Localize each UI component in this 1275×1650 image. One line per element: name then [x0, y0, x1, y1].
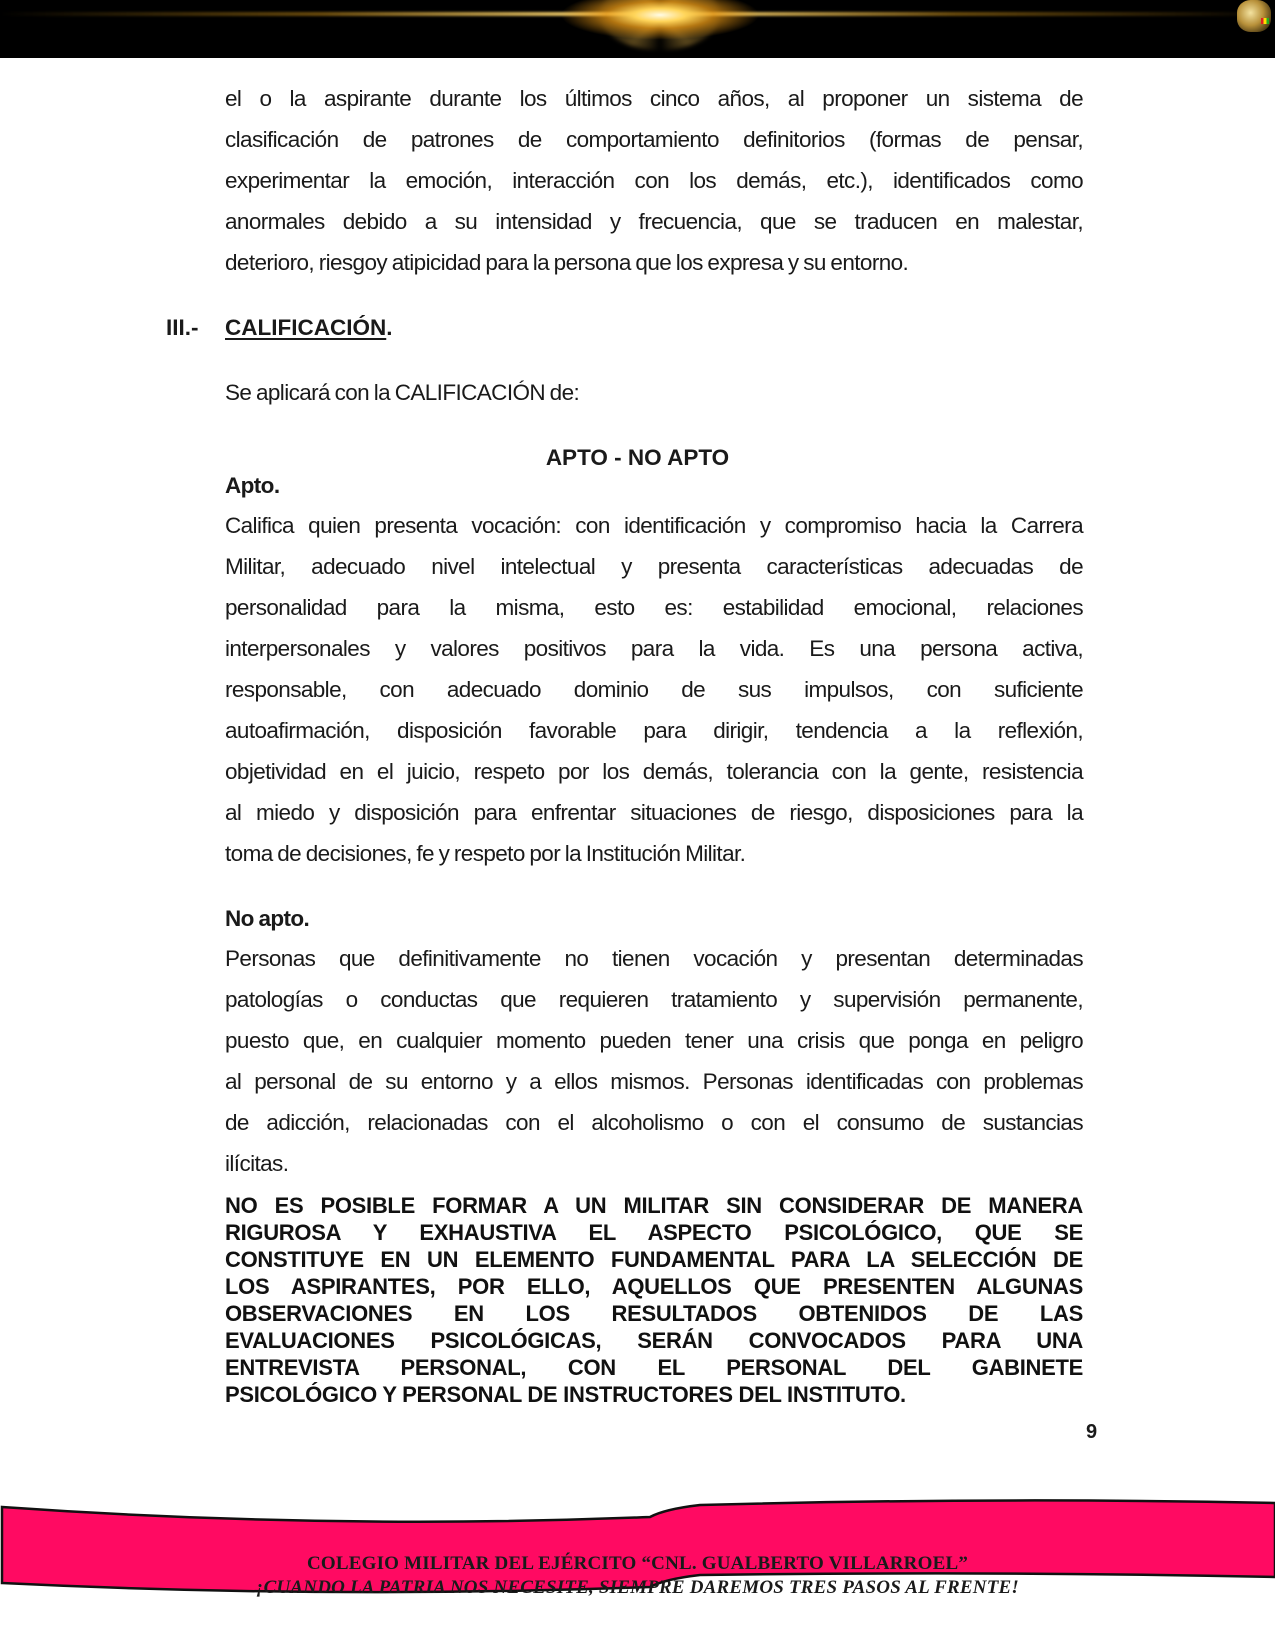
- paragraph-line: objetividad en el juicio, respeto por lo…: [225, 759, 1083, 787]
- paragraph-line: anormales debido a su intensidad y frecu…: [225, 209, 1083, 237]
- paragraph-line: personalidad para la misma, esto es: est…: [225, 595, 1083, 623]
- notice-line: RIGUROSA Y EXHAUSTIVA EL ASPECTO PSICOLÓ…: [225, 1220, 1083, 1246]
- notice-line: LOS ASPIRANTES, POR ELLO, AQUELLOS QUE P…: [225, 1274, 1083, 1300]
- paragraph-line: clasificación de patrones de comportamie…: [225, 127, 1083, 155]
- paragraph-line: Califica quien presenta vocación: con id…: [225, 513, 1083, 541]
- grading-intro-text: Se aplicará con la CALIFICACIÓN de:: [225, 380, 1083, 408]
- notice-line: EVALUACIONES PSICOLÓGICAS, SERÁN CONVOCA…: [225, 1328, 1083, 1354]
- paragraph-line: autoafirmación, disposición favorable pa…: [225, 718, 1083, 746]
- military-emblem-icon: [1237, 0, 1271, 32]
- footer-institution: COLEGIO MILITAR DEL EJÉRCITO “CNL. GUALB…: [0, 1553, 1275, 1575]
- flag-icon: [1261, 18, 1269, 24]
- paragraph-line: puesto que, en cualquier momento pueden …: [225, 1028, 1083, 1056]
- paragraph-line: Personas que definitivamente no tienen v…: [225, 946, 1083, 974]
- notice-line: ENTREVISTA PERSONAL, CON EL PERSONAL DEL…: [225, 1355, 1083, 1381]
- section-number: III.-: [166, 315, 199, 341]
- notice-line: PSICOLÓGICO Y PERSONAL DE INSTRUCTORES D…: [225, 1382, 1083, 1408]
- paragraph-line: Militar, adecuado nivel intelectual y pr…: [225, 554, 1083, 582]
- paragraph-line: deterioro, riesgoy atipicidad para la pe…: [225, 250, 1083, 278]
- paragraph-line: experimentar la emoción, interacción con…: [225, 168, 1083, 196]
- apto-heading: Apto.: [225, 473, 1083, 501]
- notice-line: NO ES POSIBLE FORMAR A UN MILITAR SIN CO…: [225, 1193, 1083, 1219]
- paragraph-line: interpersonales y valores positivos para…: [225, 636, 1083, 664]
- header-banner: [0, 0, 1275, 58]
- notice-line: CONSTITUYE EN UN ELEMENTO FUNDAMENTAL PA…: [225, 1247, 1083, 1273]
- paragraph-line: responsable, con adecuado dominio de sus…: [225, 677, 1083, 705]
- paragraph-line: de adicción, relacionadas con el alcohol…: [225, 1110, 1083, 1138]
- notice-line: OBSERVACIONES EN LOS RESULTADOS OBTENIDO…: [225, 1301, 1083, 1327]
- paragraph-line: patologías o conductas que requieren tra…: [225, 987, 1083, 1015]
- paragraph-line: al miedo y disposición para enfrentar si…: [225, 800, 1083, 828]
- light-flare-icon: [560, 0, 760, 40]
- paragraph-line: ilícitas.: [225, 1151, 1083, 1179]
- grading-scale: APTO - NO APTO: [0, 445, 1275, 471]
- page-number: 9: [1086, 1421, 1097, 1444]
- section-title-suffix: .: [386, 315, 392, 340]
- footer-motto: ¡CUANDO LA PATRIA NOS NECESITE, SIEMPRE …: [0, 1577, 1275, 1599]
- paragraph-line: el o la aspirante durante los últimos ci…: [225, 86, 1083, 114]
- paragraph-line: toma de decisiones, fe y respeto por la …: [225, 841, 1083, 869]
- section-title: CALIFICACIÓN.: [225, 315, 393, 341]
- section-title-text: CALIFICACIÓN: [225, 315, 386, 340]
- no-apto-heading: No apto.: [225, 906, 1083, 934]
- paragraph-line: al personal de su entorno y a ellos mism…: [225, 1069, 1083, 1097]
